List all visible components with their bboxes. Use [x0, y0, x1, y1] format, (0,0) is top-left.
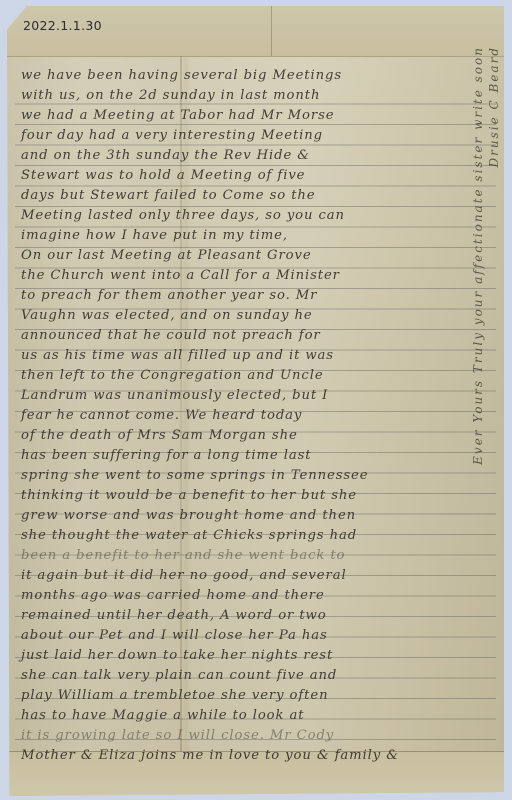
margin-note-column-1: Ever Yours Truly your affectionate siste… — [471, 46, 485, 465]
letter-line: she can talk very plain can count five a… — [21, 666, 461, 686]
letter-line: to preach for them another year so. Mr — [21, 286, 461, 306]
letter-line: months ago was carried home and there — [21, 586, 461, 606]
margin-note: Ever Yours Truly your affectionate siste… — [469, 46, 509, 800]
letter-line: announced that he could not preach for — [21, 326, 461, 346]
letter-line: then left to the Congregation and Uncle — [21, 366, 461, 386]
margin-note-column-2: Drusie C Beard — [487, 46, 501, 168]
letter-line: Stewart was to hold a Meeting of five — [21, 166, 461, 186]
letter-line: we had a Meeting at Tabor had Mr Morse — [21, 106, 461, 126]
letter-line: the Church went into a Call for a Minist… — [21, 266, 461, 286]
letter-line: fear he cannot come. We heard today — [21, 406, 461, 426]
letter-line: Landrum was unanimously elected, but I — [21, 386, 461, 406]
letter-line: we have been having several big Meetings — [21, 66, 461, 86]
letter-line: of the death of Mrs Sam Morgan she — [21, 426, 461, 446]
letter-line: On our last Meeting at Pleasant Grove — [21, 246, 461, 266]
letter-line: thinking it would be a benefit to her bu… — [21, 486, 461, 506]
flap-seam — [271, 6, 272, 56]
letter-line: has to have Maggie a while to look at — [21, 706, 461, 726]
letter-line: it again but it did her no good, and sev… — [21, 566, 461, 586]
letter-line: play William a trembletoe she very often — [21, 686, 461, 706]
document-scan: 2022.1.1.30 we have been having several … — [0, 0, 512, 800]
letter-line: with us, on the 2d sunday in last month — [21, 86, 461, 106]
letter-line: four day had a very interesting Meeting — [21, 126, 461, 146]
letter-line: days but Stewart failed to Come so the — [21, 186, 461, 206]
accession-number: 2022.1.1.30 — [23, 18, 102, 33]
letter-line: remained until her death, A word or two — [21, 606, 461, 626]
letter-line: spring she went to some springs in Tenne… — [21, 466, 461, 486]
letter-line: Mother & Eliza joins me in love to you &… — [21, 746, 461, 766]
letter-line: about our Pet and I will close her Pa ha… — [21, 626, 461, 646]
letter-line: has been suffering for a long time last — [21, 446, 461, 466]
letter-line: been a benefit to her and she went back … — [21, 546, 461, 566]
letter-line: Meeting lasted only three days, so you c… — [21, 206, 461, 226]
letter-line: imagine how I have put in my time, — [21, 226, 461, 246]
letter-line: just laid her down to take her nights re… — [21, 646, 461, 666]
letter-line: she thought the water at Chicks springs … — [21, 526, 461, 546]
letter-line: grew worse and was brought home and then — [21, 506, 461, 526]
letter-line: it is growing late so I will close. Mr C… — [21, 726, 461, 746]
letter-line: and on the 3th sunday the Rev Hide & — [21, 146, 461, 166]
letter-line: us as his time was all filled up and it … — [21, 346, 461, 366]
letter-body: we have been having several big Meetings… — [21, 66, 461, 766]
letter-line: Vaughn was elected, and on sunday he — [21, 306, 461, 326]
letter-paper: 2022.1.1.30 we have been having several … — [7, 6, 504, 796]
